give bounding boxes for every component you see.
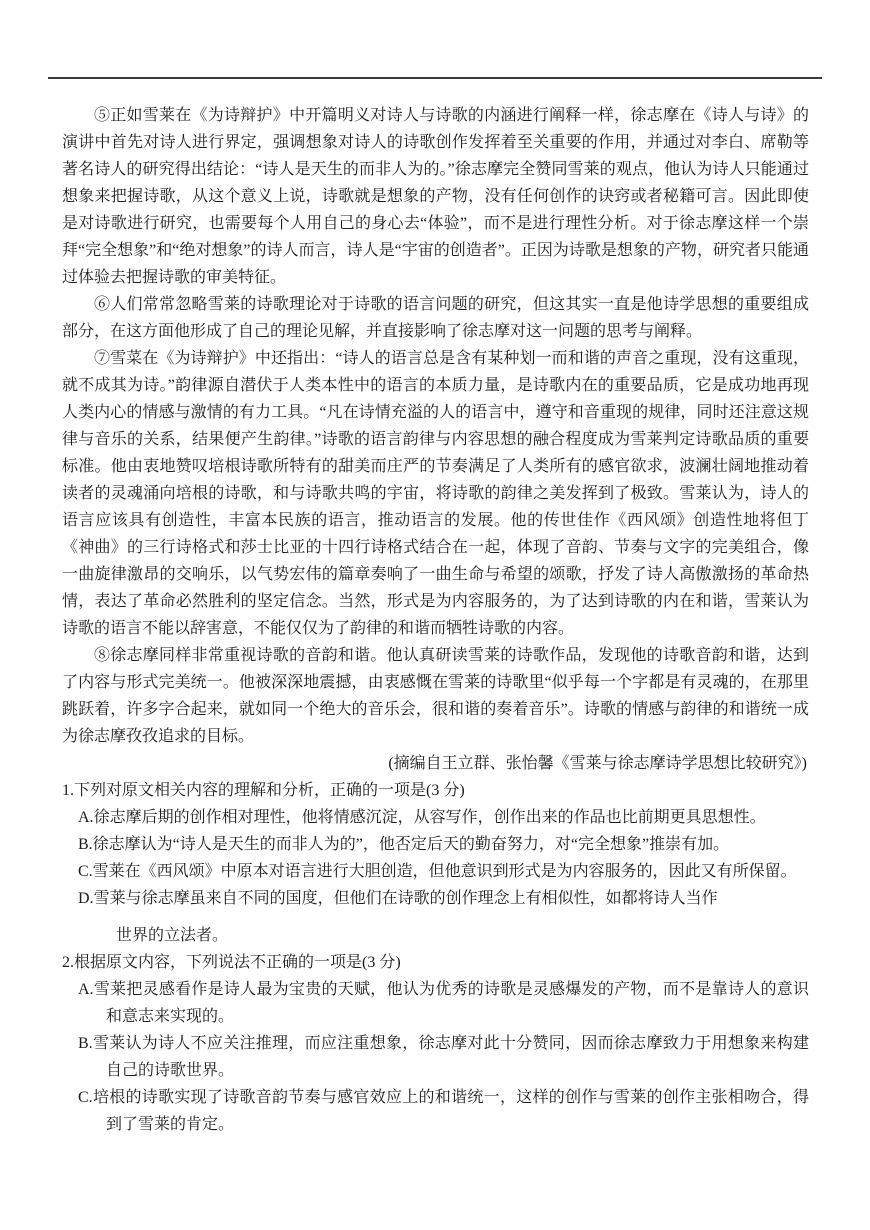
question-2-stem: 2.根据原文内容，下列说法不正确的一项是(3 分): [62, 949, 809, 976]
question-2-number: 2.: [62, 954, 74, 971]
question-1-option-c-label: C.: [78, 863, 93, 880]
question-2-option-b-text: 雪莱认为诗人不应关注推理，而应注重想象，徐志摩对此十分赞同，因而徐志摩致力于用想…: [93, 1035, 809, 1079]
question-2-option-c-text: 培根的诗歌实现了诗歌音韵节奏与感官效应上的和谐统一，这样的创作与雪莱的创作主张相…: [93, 1089, 809, 1133]
question-2-option-c-label: C.: [78, 1089, 93, 1106]
passage-attribution: (摘编自王立群、张怡馨《雪莱与徐志摩诗学思想比较研究》): [62, 750, 809, 777]
passage-paragraph-8: ⑧徐志摩同样非常重视诗歌的音韵和谐。他认真研读雪莱的诗歌作品，发现他的诗歌音韵和…: [62, 642, 809, 750]
question-1-option-a-text: 徐志摩后期的创作相对理性，他将情感沉淀，从容写作，创作出来的作品也比前期更具思想…: [94, 809, 766, 826]
exam-page: ⑤正如雪莱在《为诗辩护》中开篇明义对诗人与诗歌的内涵进行阐释一样，徐志摩在《诗人…: [0, 0, 870, 1230]
question-1-option-b-label: B.: [78, 836, 93, 853]
question-2-option-c: C.培根的诗歌实现了诗歌音韵节奏与感官效应上的和谐统一，这样的创作与雪莱的创作主…: [62, 1084, 809, 1138]
question-2: 2.根据原文内容，下列说法不正确的一项是(3 分) A.雪莱把灵感看作是诗人最为…: [62, 949, 809, 1138]
question-1: 1.下列对原文相关内容的理解和分析，正确的一项是(3 分) A.徐志摩后期的创作…: [62, 777, 809, 949]
question-1-option-b-text: 徐志摩认为“诗人是天生的而非人为的”，他否定后天的勤奋努力，对“完全想象”推崇有…: [93, 836, 729, 853]
question-1-option-a: A.徐志摩后期的创作相对理性，他将情感沉淀，从容写作，创作出来的作品也比前期更具…: [62, 804, 809, 831]
question-2-option-b-label: B.: [78, 1035, 93, 1052]
question-1-option-d-text: 雪莱与徐志摩虽来自不同的国度，但他们在诗歌的创作理念上有相似性，如都将诗人当作: [94, 890, 718, 907]
question-1-number: 1.: [62, 782, 74, 799]
question-2-option-a-label: A.: [78, 981, 94, 998]
question-1-option-d: D.雪莱与徐志摩虽来自不同的国度，但他们在诗歌的创作理念上有相似性，如都将诗人当…: [62, 885, 809, 912]
passage-paragraph-5: ⑤正如雪莱在《为诗辩护》中开篇明义对诗人与诗歌的内涵进行阐释一样，徐志摩在《诗人…: [62, 102, 809, 291]
reading-passage: ⑤正如雪莱在《为诗辩护》中开篇明义对诗人与诗歌的内涵进行阐释一样，徐志摩在《诗人…: [62, 102, 809, 777]
question-1-option-b: B.徐志摩认为“诗人是天生的而非人为的”，他否定后天的勤奋努力，对“完全想象”推…: [62, 831, 809, 858]
passage-paragraph-6: ⑥人们常常忽略雪莱的诗歌理论对于诗歌的语言问题的研究，但这其实一直是他诗学思想的…: [62, 291, 809, 345]
question-1-option-a-label: A.: [78, 809, 94, 826]
question-1-stem: 1.下列对原文相关内容的理解和分析，正确的一项是(3 分): [62, 777, 809, 804]
page-content: ⑤正如雪莱在《为诗辩护》中开篇明义对诗人与诗歌的内涵进行阐释一样，徐志摩在《诗人…: [62, 102, 809, 1138]
question-1-option-d-continuation: 世界的立法者。: [62, 922, 809, 949]
question-2-option-a: A.雪莱把灵感看作是诗人最为宝贵的天赋，他认为优秀的诗歌是灵感爆发的产物，而不是…: [62, 976, 809, 1030]
header-divider: [48, 77, 822, 79]
question-1-stem-text: 下列对原文相关内容的理解和分析，正确的一项是(3 分): [74, 782, 465, 799]
question-1-option-d-label: D.: [78, 890, 94, 907]
question-1-option-c-text: 雪莱在《西风颂》中原本对语言进行大胆创造，但他意识到形式是为内容服务的，因此又有…: [93, 863, 797, 880]
question-2-option-a-text: 雪莱把灵感看作是诗人最为宝贵的天赋，他认为优秀的诗歌是灵感爆发的产物，而不是靠诗…: [94, 981, 809, 1025]
question-1-option-c: C.雪莱在《西风颂》中原本对语言进行大胆创造，但他意识到形式是为内容服务的，因此…: [62, 858, 809, 885]
passage-paragraph-7: ⑦雪菜在《为诗辩护》中还指出：“诗人的语言总是含有某种划一而和谐的声音之重现，没…: [62, 345, 809, 642]
question-2-option-b: B.雪莱认为诗人不应关注推理，而应注重想象，徐志摩对此十分赞同，因而徐志摩致力于…: [62, 1030, 809, 1084]
question-2-stem-text: 根据原文内容，下列说法不正确的一项是(3 分): [74, 954, 401, 971]
